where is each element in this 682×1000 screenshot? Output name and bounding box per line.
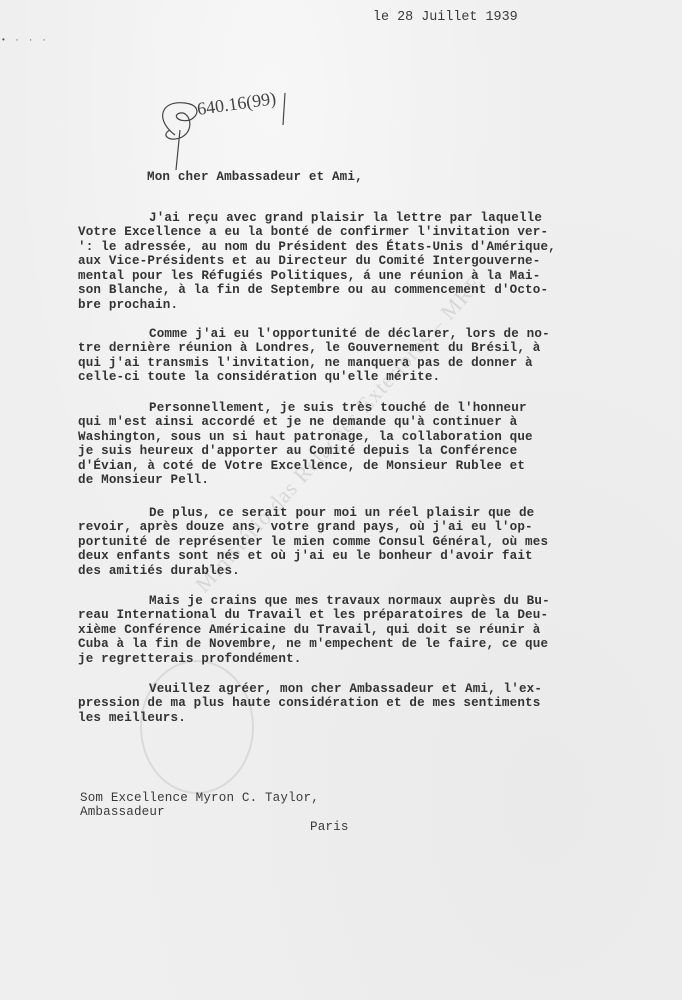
handwritten-reference-annotation: 640.16(99) (150, 75, 350, 175)
paragraph-2-line-2: tre dernière réunion à Londres, le Gouve… (78, 341, 540, 356)
paragraph-1-line-6: son Blanche, à la fin de Septembre ou au… (78, 283, 548, 298)
addressee-name: Som Excellence Myron C. Taylor, (80, 791, 319, 806)
paragraph-6-line-1: Veuillez agréer, mon cher Ambassadeur et… (149, 682, 542, 697)
paragraph-3-line-6: de Monsieur Pell. (78, 473, 209, 488)
paragraph-4-line-5: des amitiés durables. (78, 564, 240, 579)
paragraph-1-line-5: mental pour les Réfugiés Politiques, á u… (78, 269, 540, 284)
paragraph-1-line-7: bre prochain. (78, 298, 178, 313)
salutation: Mon cher Ambassadeur et Ami, (147, 170, 363, 185)
paragraph-1-line-2: Votre Excellence a eu la bonté de confir… (78, 225, 548, 240)
addressee-city: Paris (310, 820, 349, 835)
handwritten-reference-text: 640.16(99) (196, 88, 278, 120)
letter-date: le 28 Juillet 1939 (373, 10, 518, 25)
paragraph-1-line-3: ': le adressée, au nom du Président des … (78, 240, 556, 255)
paragraph-6-line-3: les meilleurs. (78, 711, 186, 726)
paragraph-4-line-4: deux enfants sont nés et où j'ai eu le b… (78, 549, 533, 564)
paragraph-2-line-1: Comme j'ai eu l'opportunité de déclarer,… (149, 327, 550, 342)
letter-page: Ministério das Relações Exteriores – MRE… (0, 0, 682, 1000)
paragraph-2-line-4: celle-ci toute la considération qu'elle … (78, 370, 440, 385)
addressee-title: Ambassadeur (80, 805, 165, 820)
paragraph-1-line-1: J'ai reçu avec grand plaisir la lettre p… (149, 211, 542, 226)
paragraph-4-line-3: portunité de représenter le mien comme C… (78, 535, 548, 550)
paragraph-1-line-4: aux Vice-Présidents et au Directeur du C… (78, 254, 540, 269)
paragraph-3-line-3: Washington, sous un si haut patronage, l… (78, 430, 533, 445)
paragraph-5-line-4: Cuba à la fin de Novembre, ne m'empechen… (78, 637, 548, 652)
paragraph-5-line-1: Mais je crains que mes travaux normaux a… (149, 594, 550, 609)
paragraph-5-line-3: xième Conférence Américaine du Travail, … (78, 623, 540, 638)
paragraph-4-line-2: revoir, après douze ans, votre grand pay… (78, 520, 533, 535)
watermark-seal (140, 660, 254, 794)
paragraph-5-line-5: je regretterais profondément. (78, 652, 302, 667)
paragraph-2-line-3: qui j'ai transmis l'invitation, ne manqu… (78, 356, 533, 371)
paragraph-3-line-2: qui m'est ainsi accordé et je ne demande… (78, 415, 517, 430)
paragraph-3-line-4: je suis heureux d'apporter au Comité dep… (78, 444, 517, 459)
margin-mark: • · · · (1, 36, 49, 45)
paragraph-3-line-1: Personnellement, je suis très touché de … (149, 401, 527, 416)
paragraph-3-line-5: d'Évian, à coté de Votre Excellence, de … (78, 459, 525, 474)
paragraph-6-line-2: pression de ma plus haute considération … (78, 696, 540, 711)
paragraph-4-line-1: De plus, ce serait pour moi un réel plai… (149, 506, 534, 521)
paragraph-5-line-2: reau International du Travail et les pré… (78, 608, 548, 623)
